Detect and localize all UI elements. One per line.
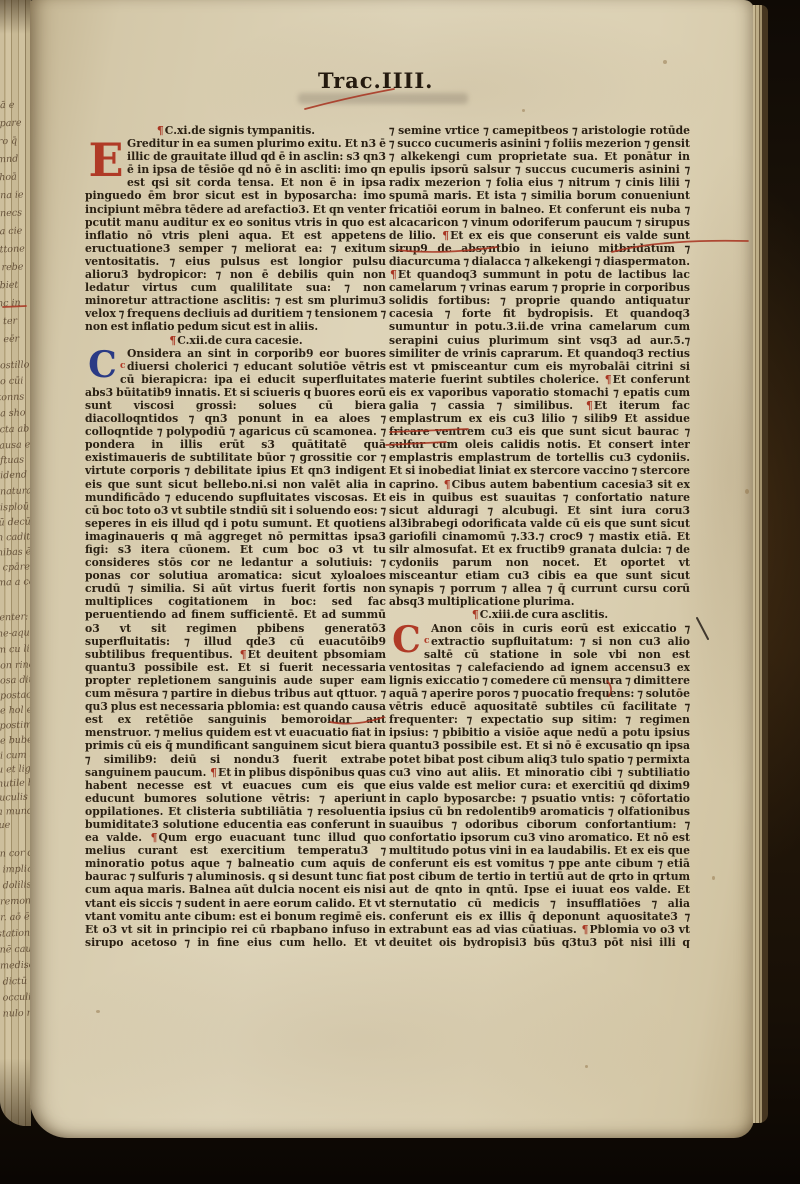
marginalia-fragment: ur. aō ē	[0, 911, 30, 923]
illuminated-initial: C	[85, 347, 120, 386]
marginalia-fragment: inutile bn	[0, 777, 30, 790]
marginalia-fragment: ftonns	[0, 391, 24, 403]
marginalia-fragment: hidend	[0, 469, 27, 481]
marginalia-fragment: ima a co	[0, 576, 30, 588]
marginalia-fragment: istatione ē	[0, 927, 30, 940]
foxing-spot	[745, 489, 749, 494]
marginalia-fragment: premone	[0, 895, 30, 907]
running-title: Trac.IIII.	[318, 68, 433, 93]
marginalia-fragment: inc in	[0, 298, 21, 310]
marginalia-fragment: mibas ē	[0, 546, 30, 558]
marginalia-fragment: disploū	[0, 501, 29, 513]
marginalia-fragment: rū decū	[0, 516, 30, 528]
marginalia-fragment: li ter	[0, 316, 17, 328]
paragraph: ⁊ semine vrtice ⁊ camepitbeos ⁊ aristolo…	[389, 124, 690, 608]
marginalia-fragment: apare	[0, 118, 22, 130]
marginalia-fragment: la mundilia	[0, 805, 30, 818]
foxing-spot	[663, 60, 667, 64]
marginalia-fragment: imnd	[0, 154, 18, 166]
marginalia-fragment: apostima	[0, 719, 30, 732]
section-heading: ¶C.xiii.de cura asclitis.	[389, 608, 690, 621]
pilcrow-mark: ¶	[168, 334, 177, 347]
marginalia-fragment: in cadit	[0, 531, 30, 543]
marginalia-fragment: im cu lire	[0, 643, 30, 656]
paragraph: EGreditur in ea sumen plurimo exitu. Et …	[85, 137, 386, 333]
marginalia-fragment: lu et lign	[0, 763, 30, 775]
illuminated-initial: E	[85, 137, 127, 188]
marginalia-fragment: causa e	[0, 439, 30, 451]
marginalia-fragment: choā	[0, 172, 17, 184]
photograph-background: { "book": { "running_title": "Trac.IIII.…	[0, 0, 800, 1184]
marginalia-fragment: una ie	[0, 189, 24, 201]
marginalia-fragment: r rebe	[0, 261, 24, 273]
pilcrow-mark: ¶	[604, 373, 613, 386]
guide-letter: c	[424, 635, 431, 648]
foxing-spot	[96, 1010, 100, 1013]
ink-smudge	[298, 93, 468, 104]
pilcrow-mark: ¶	[443, 478, 452, 491]
marginalia-fragment: ea cie	[0, 226, 22, 238]
marginalia-fragment: on cor de	[0, 847, 30, 860]
pilcrow-mark: ¶	[209, 766, 218, 779]
text-column-left: ¶C.xi.de signis tympanitis.EGreditur in …	[85, 124, 386, 948]
section-heading: ¶C.xii.de cura cacesie.	[85, 334, 386, 347]
marginalia-fragment: a cpāre	[0, 561, 30, 573]
pilcrow-mark: ¶	[239, 648, 248, 661]
pilcrow-mark: ¶	[581, 923, 590, 936]
marginalia-fragment: a occulit qi	[0, 991, 30, 1004]
pilcrow-mark: ¶	[441, 229, 450, 242]
marginalia-fragment: postillo	[0, 359, 30, 371]
marginalia-fragment: i natura	[0, 485, 30, 497]
pilcrow-mark: ¶	[585, 399, 594, 412]
right-page-edges	[753, 5, 768, 1123]
marginalia-fragment: attone	[0, 243, 25, 255]
marginalia-fragment: i ftuas	[0, 454, 24, 466]
marginalia-fragment: de hol en	[0, 704, 30, 717]
guide-letter: c	[120, 360, 127, 373]
marginalia-fragment: ē dictū soū	[0, 975, 30, 988]
foxing-spot	[712, 876, 715, 880]
pilcrow-mark: ¶	[471, 608, 480, 621]
marginalia-fragment: ē dolilis	[0, 879, 30, 891]
pilcrow-mark: ¶	[156, 124, 165, 137]
marginalia-fragment: i necs	[0, 208, 22, 220]
marginalia-fragment: obiet	[0, 280, 18, 292]
foxing-spot	[585, 1065, 588, 1068]
section-heading: ¶C.xi.de signis tympanitis.	[85, 124, 386, 137]
marginalia-fragment: tro q̄	[0, 136, 17, 148]
marginalia-fragment: anē caulis	[0, 943, 30, 956]
marginalia-fragment: ē impliqd	[0, 863, 30, 876]
paragraph: CcOnsidera an sint in corporib9 eor buor…	[85, 347, 386, 948]
marginalia-fragment: acta ab	[0, 423, 29, 435]
marginalia-fragment: ā nulo moō	[0, 1007, 30, 1020]
marginalia-fragment: rue	[0, 820, 10, 832]
paragraph: CcAnon cōis in curis eorū est exiccatio …	[389, 622, 690, 948]
marginalia-fragment: i postacbe	[0, 689, 30, 702]
illuminated-initial: C	[389, 622, 424, 661]
marginalia-fragment: posa diu	[0, 674, 30, 686]
marginalia-fragment: fi eēr	[0, 334, 19, 346]
marginalia-fragment: me-aque	[0, 627, 30, 639]
pilcrow-mark: ¶	[150, 831, 159, 844]
marginalia-fragment: ua sho	[0, 407, 26, 419]
marginalia-fragment: venter:	[0, 611, 28, 623]
foxing-spot	[522, 109, 525, 112]
marginalia-fragment: de bubeū	[0, 734, 30, 747]
marginalia-fragment: do cūi	[0, 375, 23, 387]
marginalia-strip: bā eaparetro q̄imndchoāuna iei necsea ci…	[0, 0, 30, 1120]
marginalia-fragment: bā e	[0, 100, 15, 112]
marginalia-fragment: cuculis le	[0, 791, 30, 804]
text-column-right: ⁊ semine vrtice ⁊ camepitbeos ⁊ aristolo…	[389, 124, 690, 948]
marginalia-fragment: non rino	[0, 659, 30, 671]
marginalia-fragment: ī medisolis	[0, 959, 30, 972]
pilcrow-mark: ¶	[389, 268, 398, 281]
marginalia-fragment: lii cum ab	[0, 749, 30, 762]
